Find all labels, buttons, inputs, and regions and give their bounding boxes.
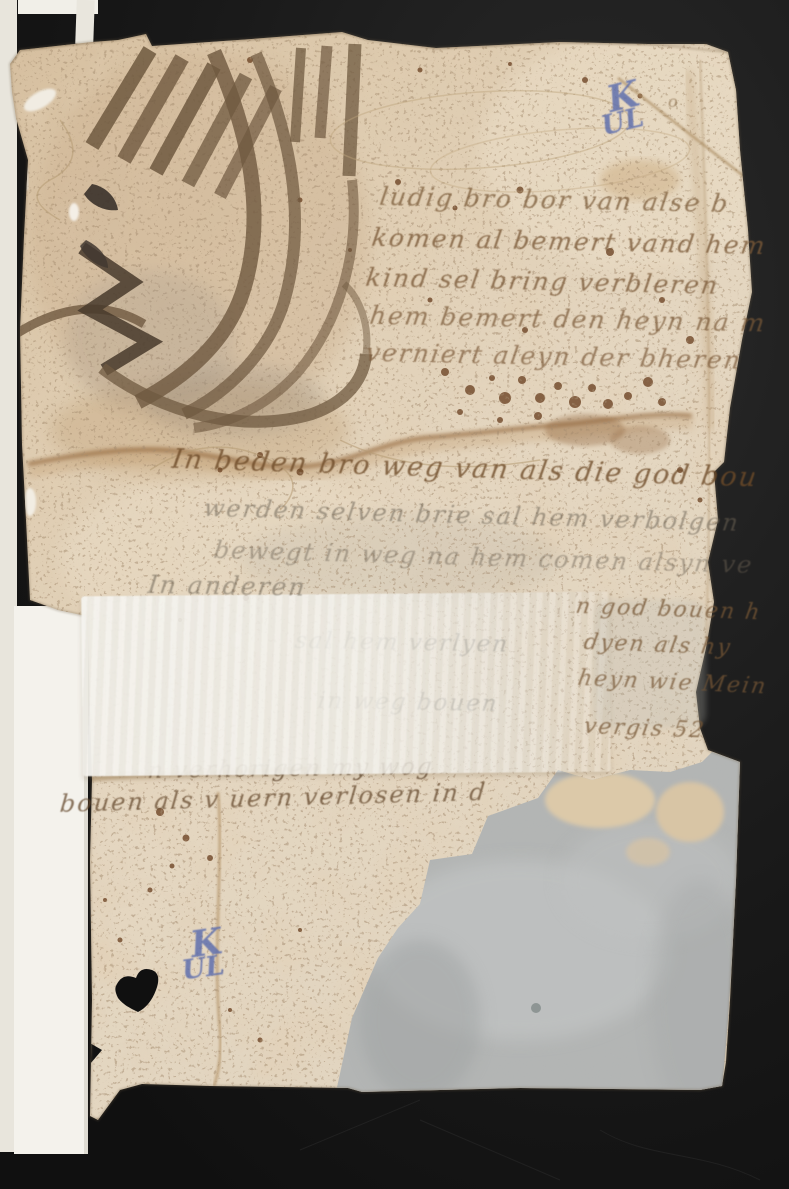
stamp-line: UL bbox=[599, 107, 646, 138]
library-stamp-bottom-left: K UL bbox=[177, 927, 227, 982]
handwriting-line: In anderen bbox=[146, 570, 360, 603]
manuscript-photo: sal hem verlyen in weg bouen n verhorige… bbox=[0, 0, 789, 1189]
small-ink-mark: o bbox=[668, 92, 678, 111]
stamp-line: UL bbox=[181, 955, 227, 982]
repair-tissue-overlay bbox=[81, 592, 611, 777]
underpage-strip-lower bbox=[14, 606, 88, 1154]
